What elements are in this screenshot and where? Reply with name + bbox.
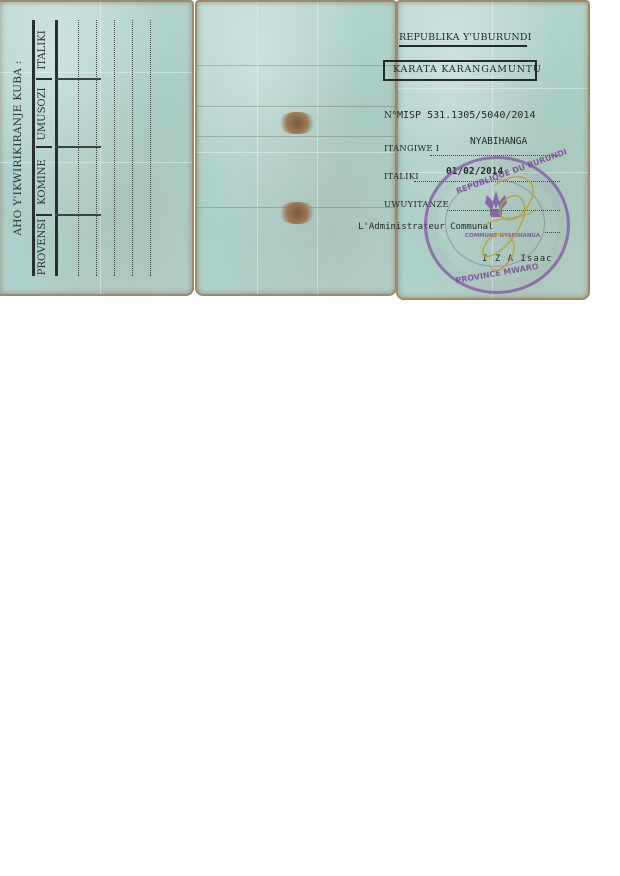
republic-header: REPUBLIKA Y'UBURUNDI (399, 32, 532, 43)
number-label: N° (384, 111, 397, 121)
table-row (96, 20, 97, 276)
column-header-umusozi: UMUSOZI (37, 82, 48, 146)
issued-at-label: ITANGIWE I (384, 144, 439, 154)
identity-card: AHO Y'IKWIRIKIRANJE KUBA : PROVENSI KOMI… (0, 0, 590, 296)
table-row (132, 20, 133, 276)
column-header-komine: KOMINE (37, 150, 48, 214)
column-header-italiki: ITALIKI (37, 22, 48, 78)
table-row (78, 20, 79, 276)
card-number: MISP 531.1305/5040/2014 (397, 110, 535, 121)
residence-history-table: AHO Y'IKWIRIKIRANJE KUBA : PROVENSI KOMI… (12, 20, 182, 276)
issued-at-value: NYABIHANGA (470, 136, 527, 147)
table-row (150, 20, 151, 276)
column-header-provensi: PROVENSI (37, 218, 48, 276)
stain (279, 202, 315, 224)
stain (279, 112, 315, 134)
card-title: KARATA KARANGAMUNTU (393, 64, 542, 75)
card-title-box: KARATA KARANGAMUNTU (383, 60, 537, 81)
card-panel-middle (195, 0, 397, 296)
residence-history-title: AHO Y'IKWIRIKIRANJE KUBA : (12, 20, 24, 276)
table-row (114, 20, 115, 276)
signature (455, 165, 550, 280)
